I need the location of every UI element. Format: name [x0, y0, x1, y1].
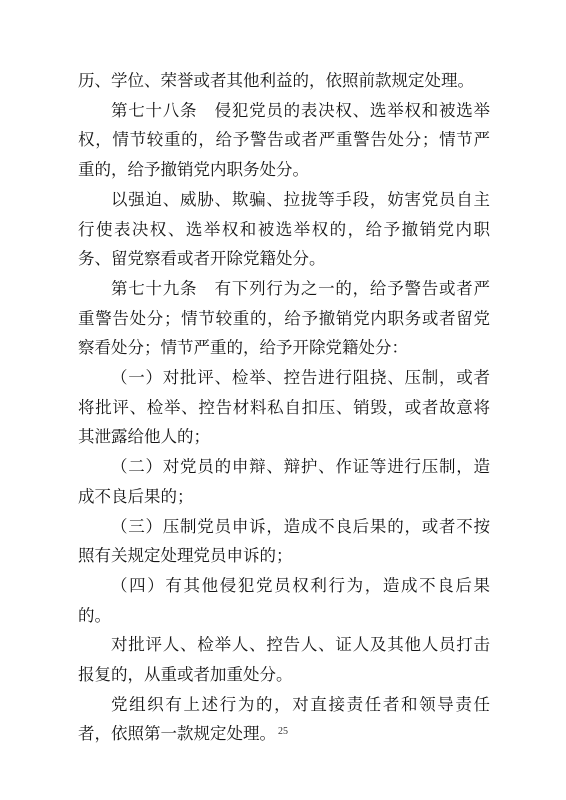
document-page: 历、学位、荣誉或者其他利益的，依照前款规定处理。第七十八条 侵犯党员的表决权、选…: [0, 0, 566, 800]
paragraph: 第七十八条 侵犯党员的表决权、选举权和被选举权，情节较重的，给予警告或者严重警告…: [78, 96, 490, 185]
page-number: 25: [278, 726, 288, 737]
paragraph: （四）有其他侵犯党员权利行为，造成不良后果的。: [78, 571, 490, 630]
page-footer: 25: [0, 726, 566, 737]
paragraph: 以强迫、威胁、欺骗、拉拢等手段，妨害党员自主行使表决权、选举权和被选举权的，给予…: [78, 185, 490, 274]
paragraph: （二）对党员的申辩、辩护、作证等进行压制，造成不良后果的；: [78, 452, 490, 511]
paragraph: （一）对批评、检举、控告进行阻挠、压制，或者将批评、检举、控告材料私自扣压、销毁…: [78, 363, 490, 452]
paragraph: （三）压制党员申诉，造成不良后果的，或者不按照有关规定处理党员申诉的；: [78, 512, 490, 571]
paragraph: 党组织有上述行为的，对直接责任者和领导责任者，依照第一款规定处理。: [78, 690, 490, 749]
document-body: 历、学位、荣誉或者其他利益的，依照前款规定处理。第七十八条 侵犯党员的表决权、选…: [78, 66, 490, 749]
paragraph: 历、学位、荣誉或者其他利益的，依照前款规定处理。: [78, 66, 490, 96]
paragraph: 第七十九条 有下列行为之一的，给予警告或者严重警告处分；情节较重的，给予撤销党内…: [78, 274, 490, 363]
paragraph: 对批评人、检举人、控告人、证人及其他人员打击报复的，从重或者加重处分。: [78, 630, 490, 689]
